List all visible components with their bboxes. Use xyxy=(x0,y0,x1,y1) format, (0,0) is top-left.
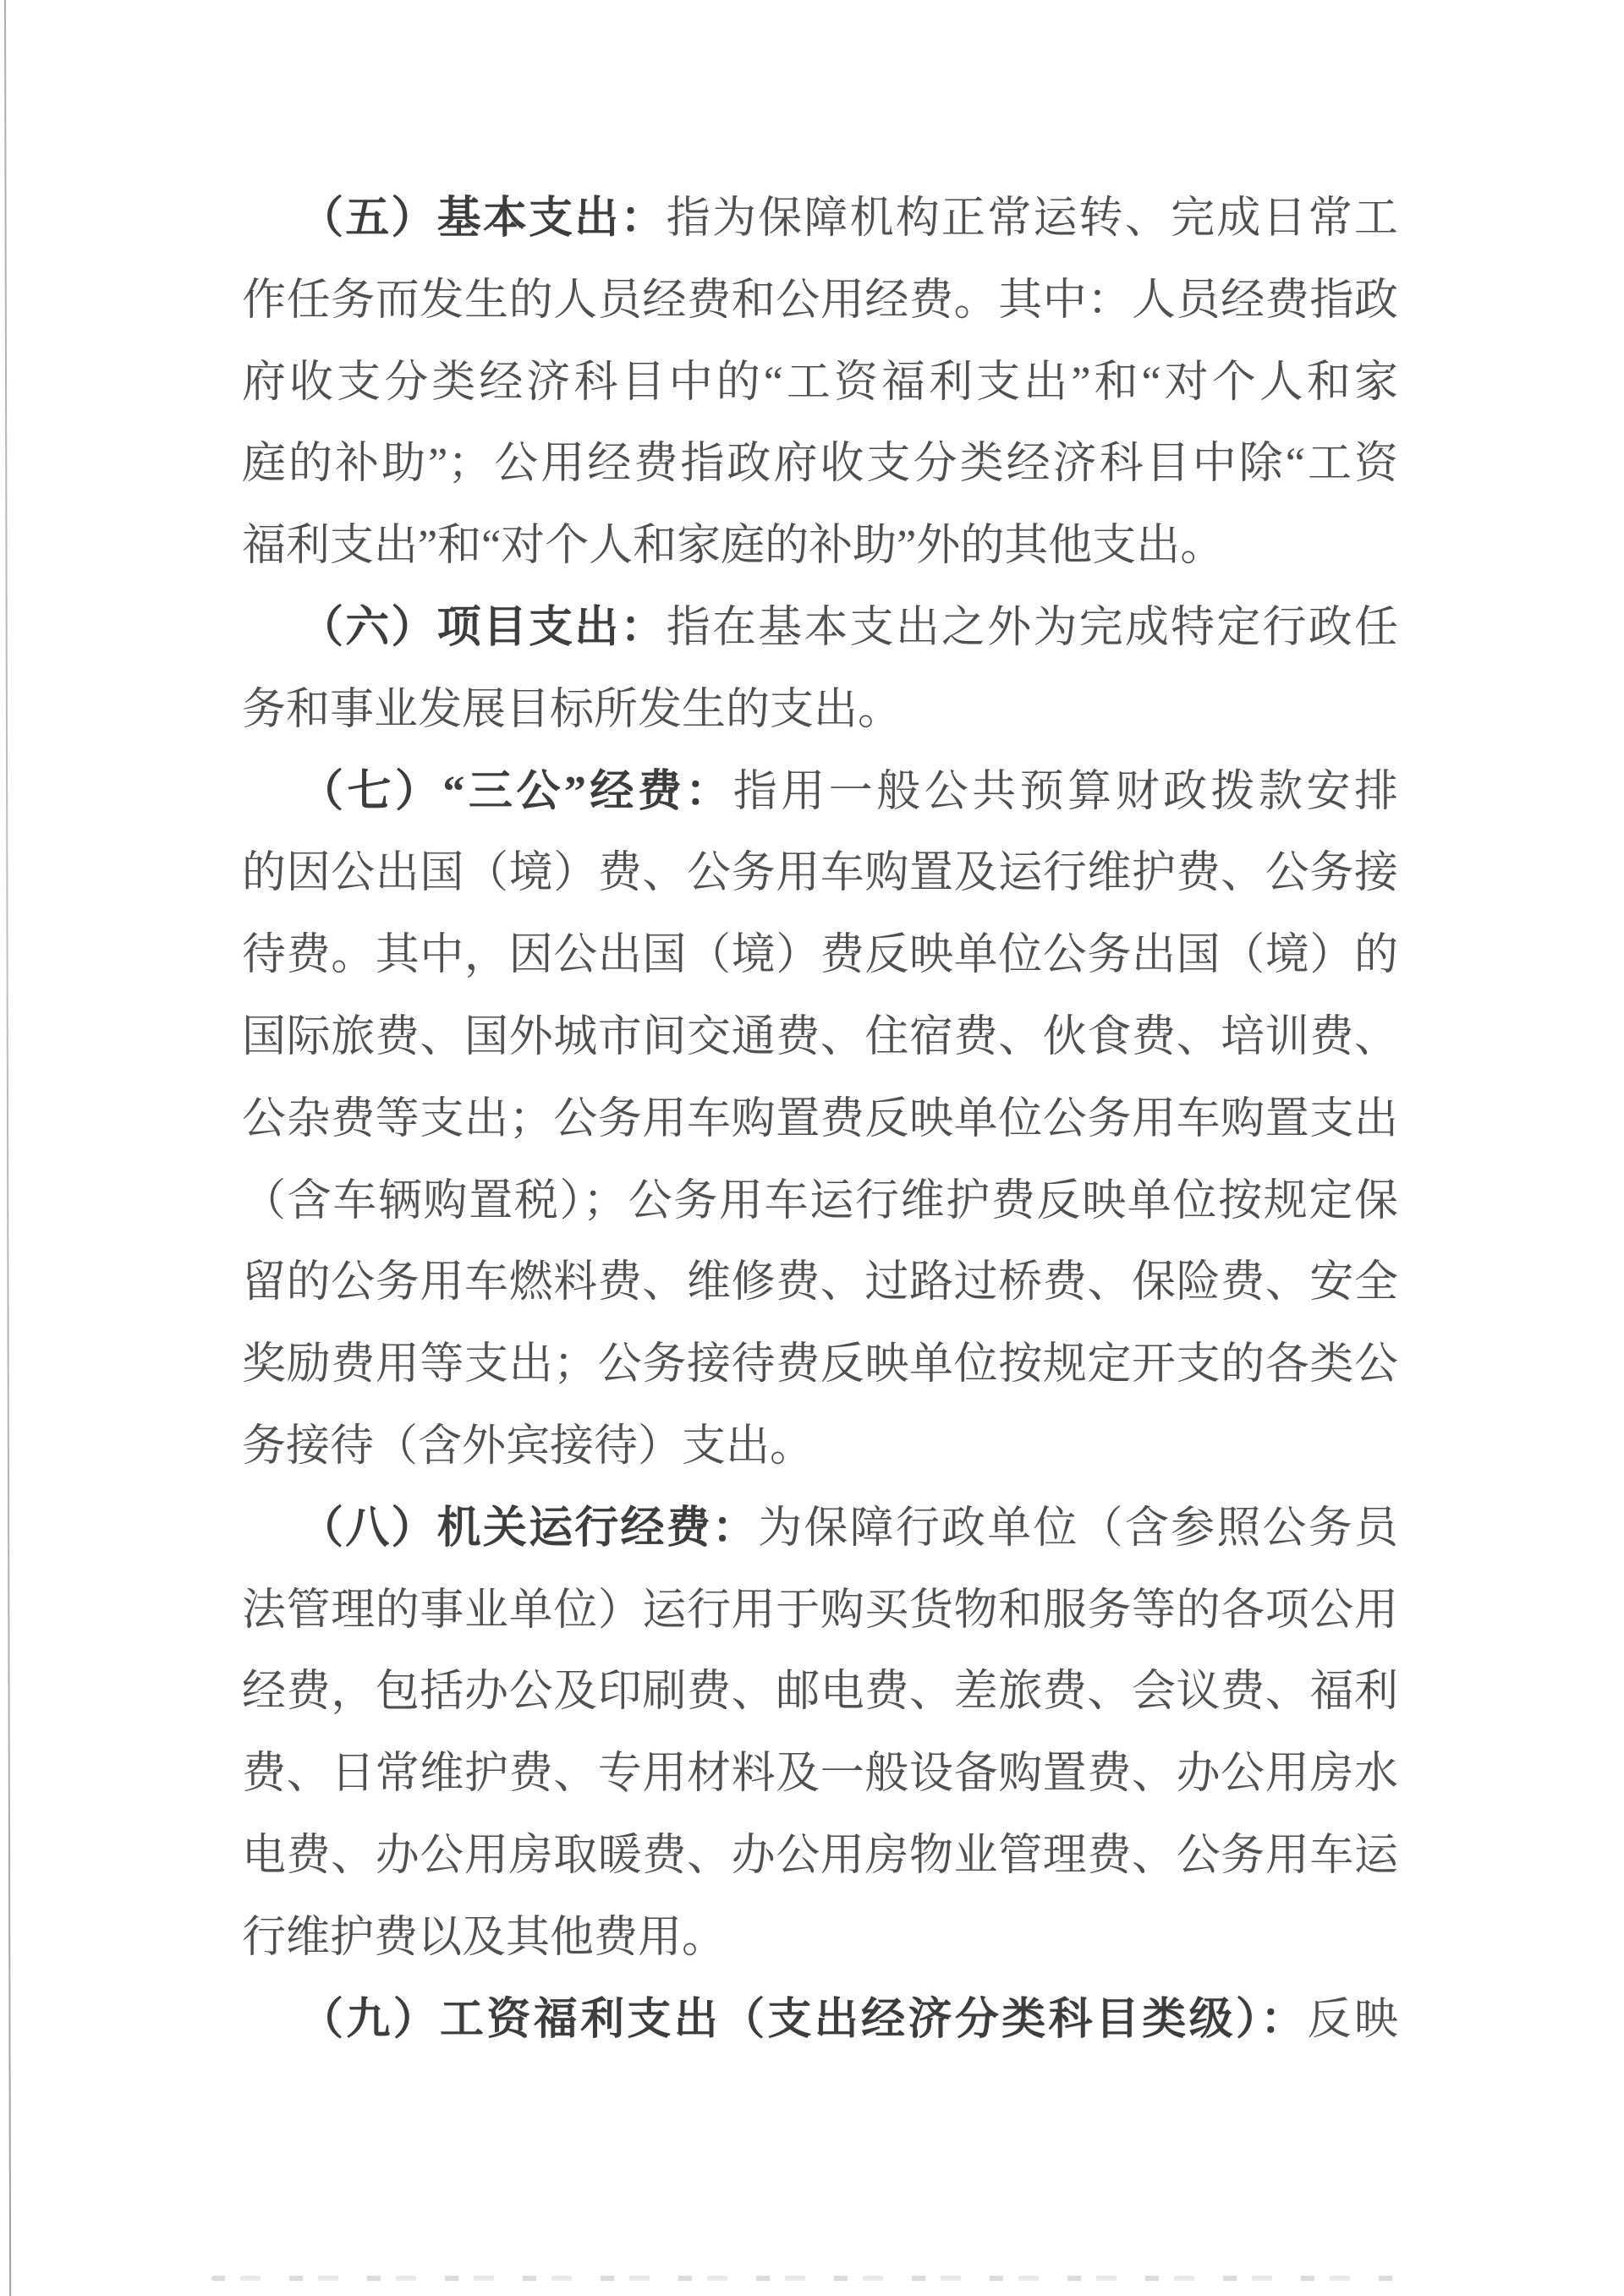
body-text: 指用一般公共预算财政拨款安排 xyxy=(733,768,1398,816)
clipped-bottom-line-artifact xyxy=(211,2276,1400,2281)
body-text: 作任务而发生的人员经费和公用经费。其中：人员经费指政 xyxy=(242,277,1398,325)
body-text: 行维护费以及其他费用。 xyxy=(242,1914,726,1962)
body-text: 务接待（含外宾接待）支出。 xyxy=(242,1422,814,1471)
body-text: 指在基本支出之外为完成特定行政任 xyxy=(667,604,1398,652)
body-text: 福利支出”和“对个人和家庭的补助”外的其他支出。 xyxy=(242,522,1224,570)
text-line: 务和事业发展目标所发生的支出。 xyxy=(242,670,1398,752)
text-line: 待费。其中，因公出国（境）费反映单位公务出国（境）的 xyxy=(242,915,1398,997)
body-text: 经费，包括办公及印刷费、邮电费、差旅费、会议费、福利 xyxy=(242,1668,1398,1716)
body-text: 留的公务用车燃料费、维修费、过路过桥费、保险费、安全 xyxy=(242,1258,1398,1307)
text-line: 务接待（含外宾接待）支出。 xyxy=(242,1406,1398,1488)
body-text: 费、日常维护费、专用材料及一般设备购置费、办公用房水 xyxy=(242,1750,1398,1798)
body-text: （含车辆购置税）；公务用车运行维护费反映单位按规定保 xyxy=(242,1177,1398,1225)
body-text: 务和事业发展目标所发生的支出。 xyxy=(242,686,902,734)
clause-heading: （八）机关运行经费： xyxy=(299,1504,758,1553)
body-text: 府收支分类经济科目中的“工资福利支出”和“对个人和家 xyxy=(242,359,1398,407)
clause-heading: （五）基本支出： xyxy=(299,195,667,243)
text-line: 经费，包括办公及印刷费、邮电费、差旅费、会议费、福利 xyxy=(242,1652,1398,1734)
body-text: 的因公出国（境）费、公务用车购置及运行维护费、公务接 xyxy=(242,849,1398,897)
body-text: 待费。其中，因公出国（境）费反映单位公务出国（境）的 xyxy=(242,931,1398,979)
text-line: 电费、办公用房取暖费、办公用房物业管理费、公务用车运 xyxy=(242,1816,1398,1898)
text-line: 福利支出”和“对个人和家庭的补助”外的其他支出。 xyxy=(242,506,1398,588)
body-text: 反映 xyxy=(1308,1996,1398,2044)
document-page: （五）基本支出：指为保障机构正常运转、完成日常工作任务而发生的人员经费和公用经费… xyxy=(0,0,1624,2296)
clause-heading: （九）工资福利支出（支出经济分类科目类级）： xyxy=(299,1996,1308,2044)
text-line: 留的公务用车燃料费、维修费、过路过桥费、保险费、安全 xyxy=(242,1242,1398,1324)
text-line: 法管理的事业单位）运行用于购买货物和服务等的各项公用 xyxy=(242,1570,1398,1652)
body-text: 指为保障机构正常运转、完成日常工 xyxy=(667,195,1398,243)
text-line: 庭的补助”；公用经费指政府收支分类经济科目中除“工资 xyxy=(242,424,1398,506)
body-text: 法管理的事业单位）运行用于购买货物和服务等的各项公用 xyxy=(242,1586,1398,1635)
body-text: 庭的补助”；公用经费指政府收支分类经济科目中除“工资 xyxy=(242,440,1398,488)
clause-heading: （七）“三公”经费： xyxy=(299,768,733,816)
body-text: 奖励费用等支出；公务接待费反映单位按规定开支的各类公 xyxy=(242,1340,1398,1389)
clause-heading: （六）项目支出： xyxy=(299,604,667,652)
text-line: （六）项目支出：指在基本支出之外为完成特定行政任 xyxy=(242,588,1398,670)
body-text: 为保障行政单位（含参照公务员 xyxy=(758,1504,1398,1553)
text-line: （七）“三公”经费：指用一般公共预算财政拨款安排 xyxy=(242,752,1398,834)
document-body: （五）基本支出：指为保障机构正常运转、完成日常工作任务而发生的人员经费和公用经费… xyxy=(242,178,1398,2061)
text-line: 公杂费等支出；公务用车购置费反映单位公务用车购置支出 xyxy=(242,1079,1398,1161)
text-line: （九）工资福利支出（支出经济分类科目类级）：反映 xyxy=(242,1980,1398,2062)
text-line: （五）基本支出：指为保障机构正常运转、完成日常工 xyxy=(242,178,1398,260)
text-line: 府收支分类经济科目中的“工资福利支出”和“对个人和家 xyxy=(242,342,1398,425)
text-line: 的因公出国（境）费、公务用车购置及运行维护费、公务接 xyxy=(242,833,1398,915)
text-line: 费、日常维护费、专用材料及一般设备购置费、办公用房水 xyxy=(242,1734,1398,1816)
body-text: 国际旅费、国外城市间交通费、住宿费、伙食费、培训费、 xyxy=(242,1013,1398,1061)
body-text: 电费、办公用房取暖费、办公用房物业管理费、公务用车运 xyxy=(242,1832,1398,1880)
text-line: 奖励费用等支出；公务接待费反映单位按规定开支的各类公 xyxy=(242,1324,1398,1406)
body-text: 公杂费等支出；公务用车购置费反映单位公务用车购置支出 xyxy=(242,1095,1398,1143)
text-line: 作任务而发生的人员经费和公用经费。其中：人员经费指政 xyxy=(242,260,1398,342)
scan-edge-artifact xyxy=(4,0,11,2296)
text-line: 国际旅费、国外城市间交通费、住宿费、伙食费、培训费、 xyxy=(242,997,1398,1079)
text-line: （八）机关运行经费：为保障行政单位（含参照公务员 xyxy=(242,1488,1398,1570)
text-line: （含车辆购置税）；公务用车运行维护费反映单位按规定保 xyxy=(242,1161,1398,1243)
text-line: 行维护费以及其他费用。 xyxy=(242,1898,1398,1980)
